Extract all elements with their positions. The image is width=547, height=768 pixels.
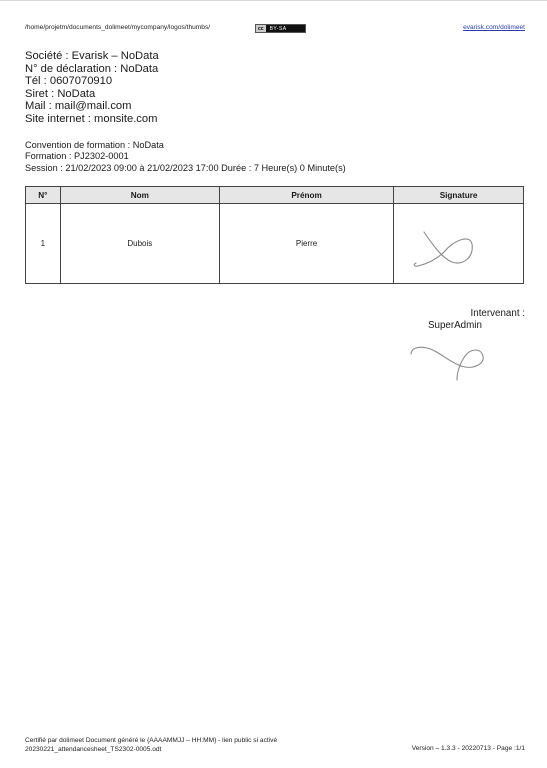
intervenant-label: Intervenant : [471,308,525,319]
header-link[interactable]: evarisk.com/dolimeet [463,24,525,31]
intervenant-signature-image [405,340,490,385]
phone: Tél : 0607070910 [25,75,159,88]
session-dates: Session : 21/02/2023 09:00 à 21/02/2023 … [25,163,346,174]
website: Site internet : monsite.com [25,113,159,126]
company-name: Société : Evarisk – NoData [25,50,159,63]
creative-commons-icon: cc [256,25,267,32]
cell-prenom: Pierre [219,204,393,284]
page-top-border [0,0,547,1]
header-prenom: Prénom [219,187,393,204]
siret: Siret : NoData [25,88,159,101]
license-badge: cc BY-SA [255,24,306,33]
session-info: Convention de formation : NoData Formati… [25,140,346,174]
document-filename: 20230221_attendancesheet_TS2302-0005.odt [25,745,277,754]
intervenant-name: SuperAdmin [428,320,482,331]
signature-image [412,228,482,270]
declaration-number: N° de déclaration : NoData [25,63,159,76]
email: Mail : mail@mail.com [25,100,159,113]
cell-signature [394,204,524,284]
formation: Formation : PJ2302-0001 [25,151,346,162]
table-header-row: N° Nom Prénom Signature [26,187,524,204]
header-nom: Nom [60,187,219,204]
company-info: Société : Evarisk – NoData N° de déclara… [25,50,159,126]
table-row: 1 Dubois Pierre [26,204,524,284]
license-label: BY-SA [267,26,287,32]
convention: Convention de formation : NoData [25,140,346,151]
version-page-info: Version – 1.3.3 - 20220713 - Page :1/1 [412,745,525,752]
logo-path: /home/projetm/documents_dolimeet/mycompa… [25,24,210,31]
attendance-table: N° Nom Prénom Signature 1 Dubois Pierre [25,186,524,284]
header-number: N° [26,187,61,204]
footer-left: Certifié par dolimeet Document généré le… [25,736,277,754]
header-signature: Signature [394,187,524,204]
certification-text: Certifié par dolimeet Document généré le… [25,736,277,745]
cell-nom: Dubois [60,204,219,284]
cell-number: 1 [26,204,61,284]
